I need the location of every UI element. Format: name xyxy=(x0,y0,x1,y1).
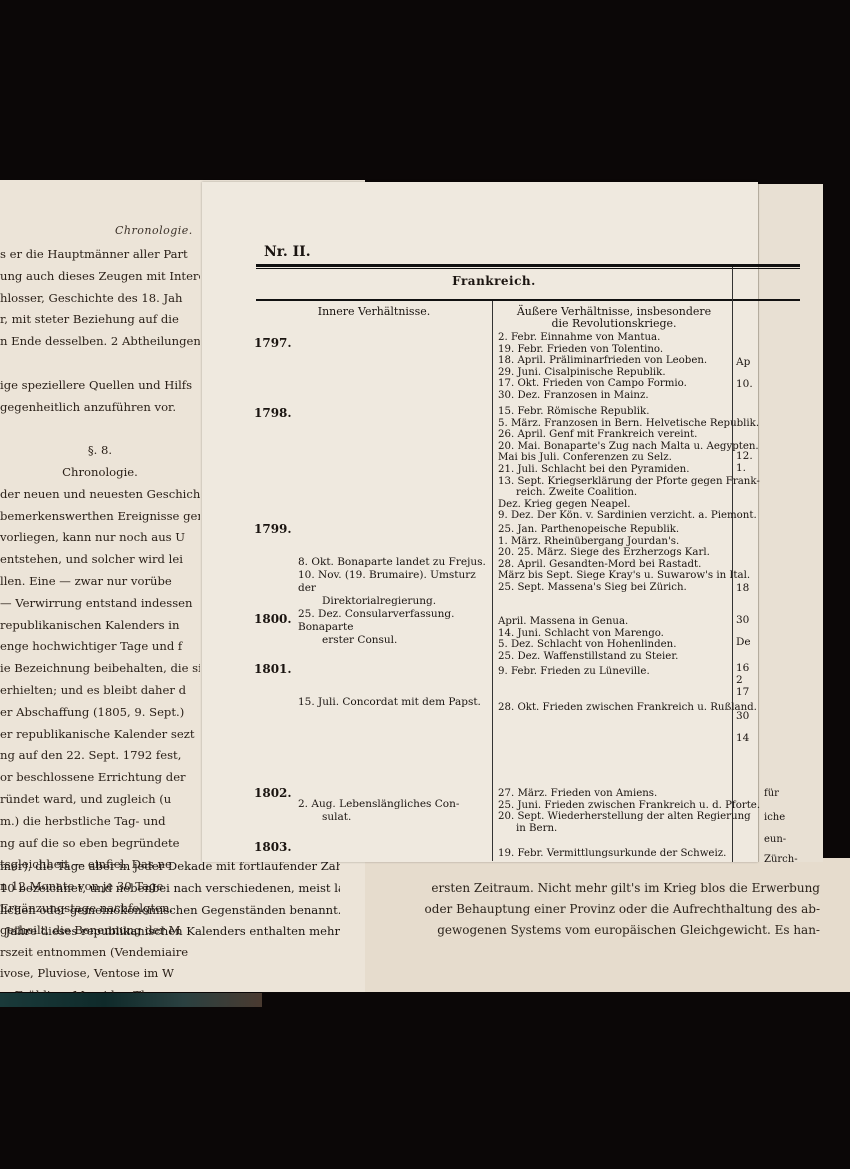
cut-off-date: 1. xyxy=(736,462,746,474)
cut-off-date: 12. xyxy=(736,450,753,462)
text-line xyxy=(0,353,200,375)
inner-event-group: 15. Juli. Concordat mit dem Papst. xyxy=(298,696,494,709)
cut-off-date: 30 xyxy=(736,710,749,722)
text-line: ng auf die so eben begründete xyxy=(0,833,200,855)
event-line: 25. Dez. Consularverfassung. Bonaparte xyxy=(298,608,494,634)
back-page-tail-text: mer), die Tage aber in jeder Dekade mit … xyxy=(0,856,340,943)
event-line: 20. Mai. Bonaparte's Zug nach Malta u. A… xyxy=(498,441,734,453)
event-line: Dez. Krieg gegen Neapel. xyxy=(498,499,734,511)
text-line: n Ende desselben. 2 Abtheilungen. xyxy=(0,331,200,353)
outer-event-group: 25. Jan. Parthenopeische Republik.1. Mär… xyxy=(498,524,734,594)
event-line: 1. März. Rheinübergang Jourdan's. xyxy=(498,536,734,548)
text-line: hlosser, Geschichte des 18. Jah xyxy=(0,288,200,310)
inner-event-group: 2. Aug. Lebenslängliches Con-sulat. xyxy=(298,798,494,824)
text-line: s er die Hauptmänner aller Part xyxy=(0,244,200,266)
text-line xyxy=(0,418,200,440)
text-line: r, mit steter Beziehung auf die xyxy=(0,309,200,331)
inner-event-group: 8. Okt. Bonaparte landet zu Frejus.10. N… xyxy=(298,556,494,647)
event-line: erster Consul. xyxy=(298,634,494,647)
outer-event-group: 19. Febr. Vermittlungsurkunde der Schwei… xyxy=(498,848,734,860)
table-number: Nr. II. xyxy=(264,244,311,260)
event-line: Mai bis Juli. Conferenzen zu Selz. xyxy=(498,452,734,464)
text-line: bemerkenswerthen Ereignisse gen xyxy=(0,506,200,528)
event-line: April. Massena in Genua. xyxy=(498,616,734,628)
text-line: oder Behauptung einer Provinz oder die A… xyxy=(375,899,820,920)
text-line: ng auf den 22. Sept. 1792 fest, xyxy=(0,745,200,767)
event-line: in Bern. xyxy=(498,823,734,835)
chronology-table-sheet: Nr. II. Frankreich. Innere Verhältnisse.… xyxy=(202,182,758,862)
text-line: §. 8. xyxy=(0,440,200,462)
text-line: ründet ward, und zugleich (u xyxy=(0,789,200,811)
event-line: 5. Dez. Schlacht von Hohenlinden. xyxy=(498,639,734,651)
text-line: der neuen und neuesten Geschicht xyxy=(0,484,200,506)
year-label: 1797. xyxy=(254,336,292,350)
book-binding xyxy=(0,993,262,1007)
column-header-outer-line2: die Revolutionskriege. xyxy=(496,318,732,330)
event-line: 2. Aug. Lebenslängliches Con- xyxy=(298,798,494,811)
event-line: 13. Sept. Kriegserklärung der Pforte geg… xyxy=(498,476,734,488)
text-line: entstehen, und solcher wird lei xyxy=(0,549,200,571)
event-line: 8. Okt. Bonaparte landet zu Frejus. xyxy=(298,556,494,569)
cut-off-date: Ap xyxy=(736,356,750,368)
running-head: Chronologie. xyxy=(115,224,193,237)
event-line: 2. Febr. Einnahme von Mantua. xyxy=(498,332,734,344)
text-line: Jahre dieses republikanischen Kalenders … xyxy=(0,921,340,943)
event-line: sulat. xyxy=(298,811,494,824)
text-line: republikanischen Kalenders in xyxy=(0,615,200,637)
text-line: ie Bezeichnung beibehalten, die si xyxy=(0,658,200,680)
top-rule xyxy=(256,264,800,267)
event-line: 27. März. Frieden von Amiens. xyxy=(498,788,734,800)
event-line: 28. April. Gesandten-Mord bei Rastadt. xyxy=(498,559,734,571)
event-line: 26. April. Genf mit Frankreich vereint. xyxy=(498,429,734,441)
year-label: 1803. xyxy=(254,840,292,854)
outer-event-group: 28. Okt. Frieden zwischen Frankreich u. … xyxy=(498,702,734,714)
column-header-inner: Innere Verhältnisse. xyxy=(256,306,492,318)
text-line: lichen oder gemeinökonomischen Gegenstän… xyxy=(0,900,340,922)
event-line: 25. Dez. Waffenstillstand zu Steier. xyxy=(498,651,734,663)
cut-off-text: Zürch- xyxy=(764,854,798,865)
event-line: Direktorialregierung. xyxy=(298,595,494,608)
event-line: 10. Nov. (19. Brumaire). Umsturz der xyxy=(298,569,494,595)
outer-event-group: 2. Febr. Einnahme von Mantua.19. Febr. F… xyxy=(498,332,734,402)
text-line: gegenheitlich anzuführen vor. xyxy=(0,397,200,419)
event-line: 15. Juli. Concordat mit dem Papst. xyxy=(298,696,494,709)
event-line: 9. Febr. Frieden zu Lüneville. xyxy=(498,666,734,678)
text-line: ige speziellere Quellen und Hilfs xyxy=(0,375,200,397)
text-line: erhielten; und es bleibt daher d xyxy=(0,680,200,702)
cut-off-date: 18 xyxy=(736,582,749,594)
cut-off-date: 2 xyxy=(736,674,743,686)
column-header-outer: Äußere Verhältnisse, insbesondere die Re… xyxy=(496,306,732,330)
event-line: 28. Okt. Frieden zwischen Frankreich u. … xyxy=(498,702,734,714)
text-line: or beschlossene Errichtung der xyxy=(0,767,200,789)
folded-page-edge xyxy=(758,184,823,862)
year-label: 1798. xyxy=(254,406,292,420)
text-line: m.) die herbstliche Tag- und xyxy=(0,811,200,833)
lower-page: ersten Zeitraum. Nicht mehr gilt's im Kr… xyxy=(365,858,850,992)
event-line: 17. Okt. Frieden von Campo Formio. xyxy=(498,378,734,390)
event-line: 19. Febr. Frieden von Tolentino. xyxy=(498,344,734,356)
country-heading: Frankreich. xyxy=(256,274,732,288)
event-line: 30. Dez. Franzosen in Mainz. xyxy=(498,390,734,402)
lower-page-text: ersten Zeitraum. Nicht mehr gilt's im Kr… xyxy=(375,878,820,941)
text-line: rszeit entnommen (Vendemiaire xyxy=(0,942,200,964)
text-line: ivose, Pluviose, Ventose im W xyxy=(0,963,200,985)
text-line: vorliegen, kann nur noch aus U xyxy=(0,527,200,549)
text-line: ung auch dieses Zeugen mit Intere xyxy=(0,266,200,288)
outer-event-group: 27. März. Frieden von Amiens.25. Juni. F… xyxy=(498,788,734,834)
cut-off-date: 10. xyxy=(736,378,753,390)
text-line: Chronologie. xyxy=(0,462,200,484)
event-line: März bis Sept. Siege Kray's u. Suwarow's… xyxy=(498,570,734,582)
event-line: 29. Juni. Cisalpinische Republik. xyxy=(498,367,734,379)
event-line: 14. Juni. Schlacht von Marengo. xyxy=(498,628,734,640)
cut-off-date: De xyxy=(736,636,751,648)
cut-off-date: 16 xyxy=(736,662,749,674)
event-line: 20. Sept. Wiederherstellung der alten Re… xyxy=(498,811,734,823)
cut-off-date: 17 xyxy=(736,686,749,698)
text-line: er republikanische Kalender sezt xyxy=(0,724,200,746)
cut-off-date: 30 xyxy=(736,614,749,626)
text-line: er Abschaffung (1805, 9. Sept.) xyxy=(0,702,200,724)
cut-off-text: iche xyxy=(764,812,785,823)
year-label: 1801. xyxy=(254,662,292,676)
header-rule xyxy=(256,299,800,301)
year-label: 1800. xyxy=(254,612,292,626)
outer-event-group: 9. Febr. Frieden zu Lüneville. xyxy=(498,666,734,678)
year-label: 1802. xyxy=(254,786,292,800)
event-line: 18. April. Präliminarfrieden von Leoben. xyxy=(498,355,734,367)
event-line: 15. Febr. Römische Republik. xyxy=(498,406,734,418)
event-line: 9. Dez. Der Kön. v. Sardinien verzicht. … xyxy=(498,510,734,522)
text-line: ersten Zeitraum. Nicht mehr gilt's im Kr… xyxy=(375,878,820,899)
cut-off-date: 14 xyxy=(736,732,749,744)
event-line: 25. Sept. Massena's Sieg bei Zürich. xyxy=(498,582,734,594)
event-line: 20. 25. März. Siege des Erzherzogs Karl. xyxy=(498,547,734,559)
event-line: 21. Juli. Schlacht bei den Pyramiden. xyxy=(498,464,734,476)
text-line: 10 bezeichnet, und nebenbei nach verschi… xyxy=(0,878,340,900)
event-line: reich. Zweite Coalition. xyxy=(498,487,734,499)
event-line: 25. Juni. Frieden zwischen Frankreich u.… xyxy=(498,800,734,812)
text-line: llen. Eine — zwar nur vorübe xyxy=(0,571,200,593)
cut-off-text: eun- xyxy=(764,834,786,845)
text-line: gewogenen Systems vom europäischen Gleic… xyxy=(375,920,820,941)
outer-event-group: 15. Febr. Römische Republik.5. März. Fra… xyxy=(498,406,734,522)
text-line: — Verwirrung entstand indessen xyxy=(0,593,200,615)
year-label: 1799. xyxy=(254,522,292,536)
event-line: 25. Jan. Parthenopeische Republik. xyxy=(498,524,734,536)
event-line: 5. März. Franzosen in Bern. Helvetische … xyxy=(498,418,734,430)
top-rule-thin xyxy=(256,268,800,269)
text-line: enge hochwichtiger Tage und f xyxy=(0,636,200,658)
outer-event-group: April. Massena in Genua.14. Juni. Schlac… xyxy=(498,616,734,662)
cut-off-text: für xyxy=(764,788,779,799)
event-line: 19. Febr. Vermittlungsurkunde der Schwei… xyxy=(498,848,734,860)
